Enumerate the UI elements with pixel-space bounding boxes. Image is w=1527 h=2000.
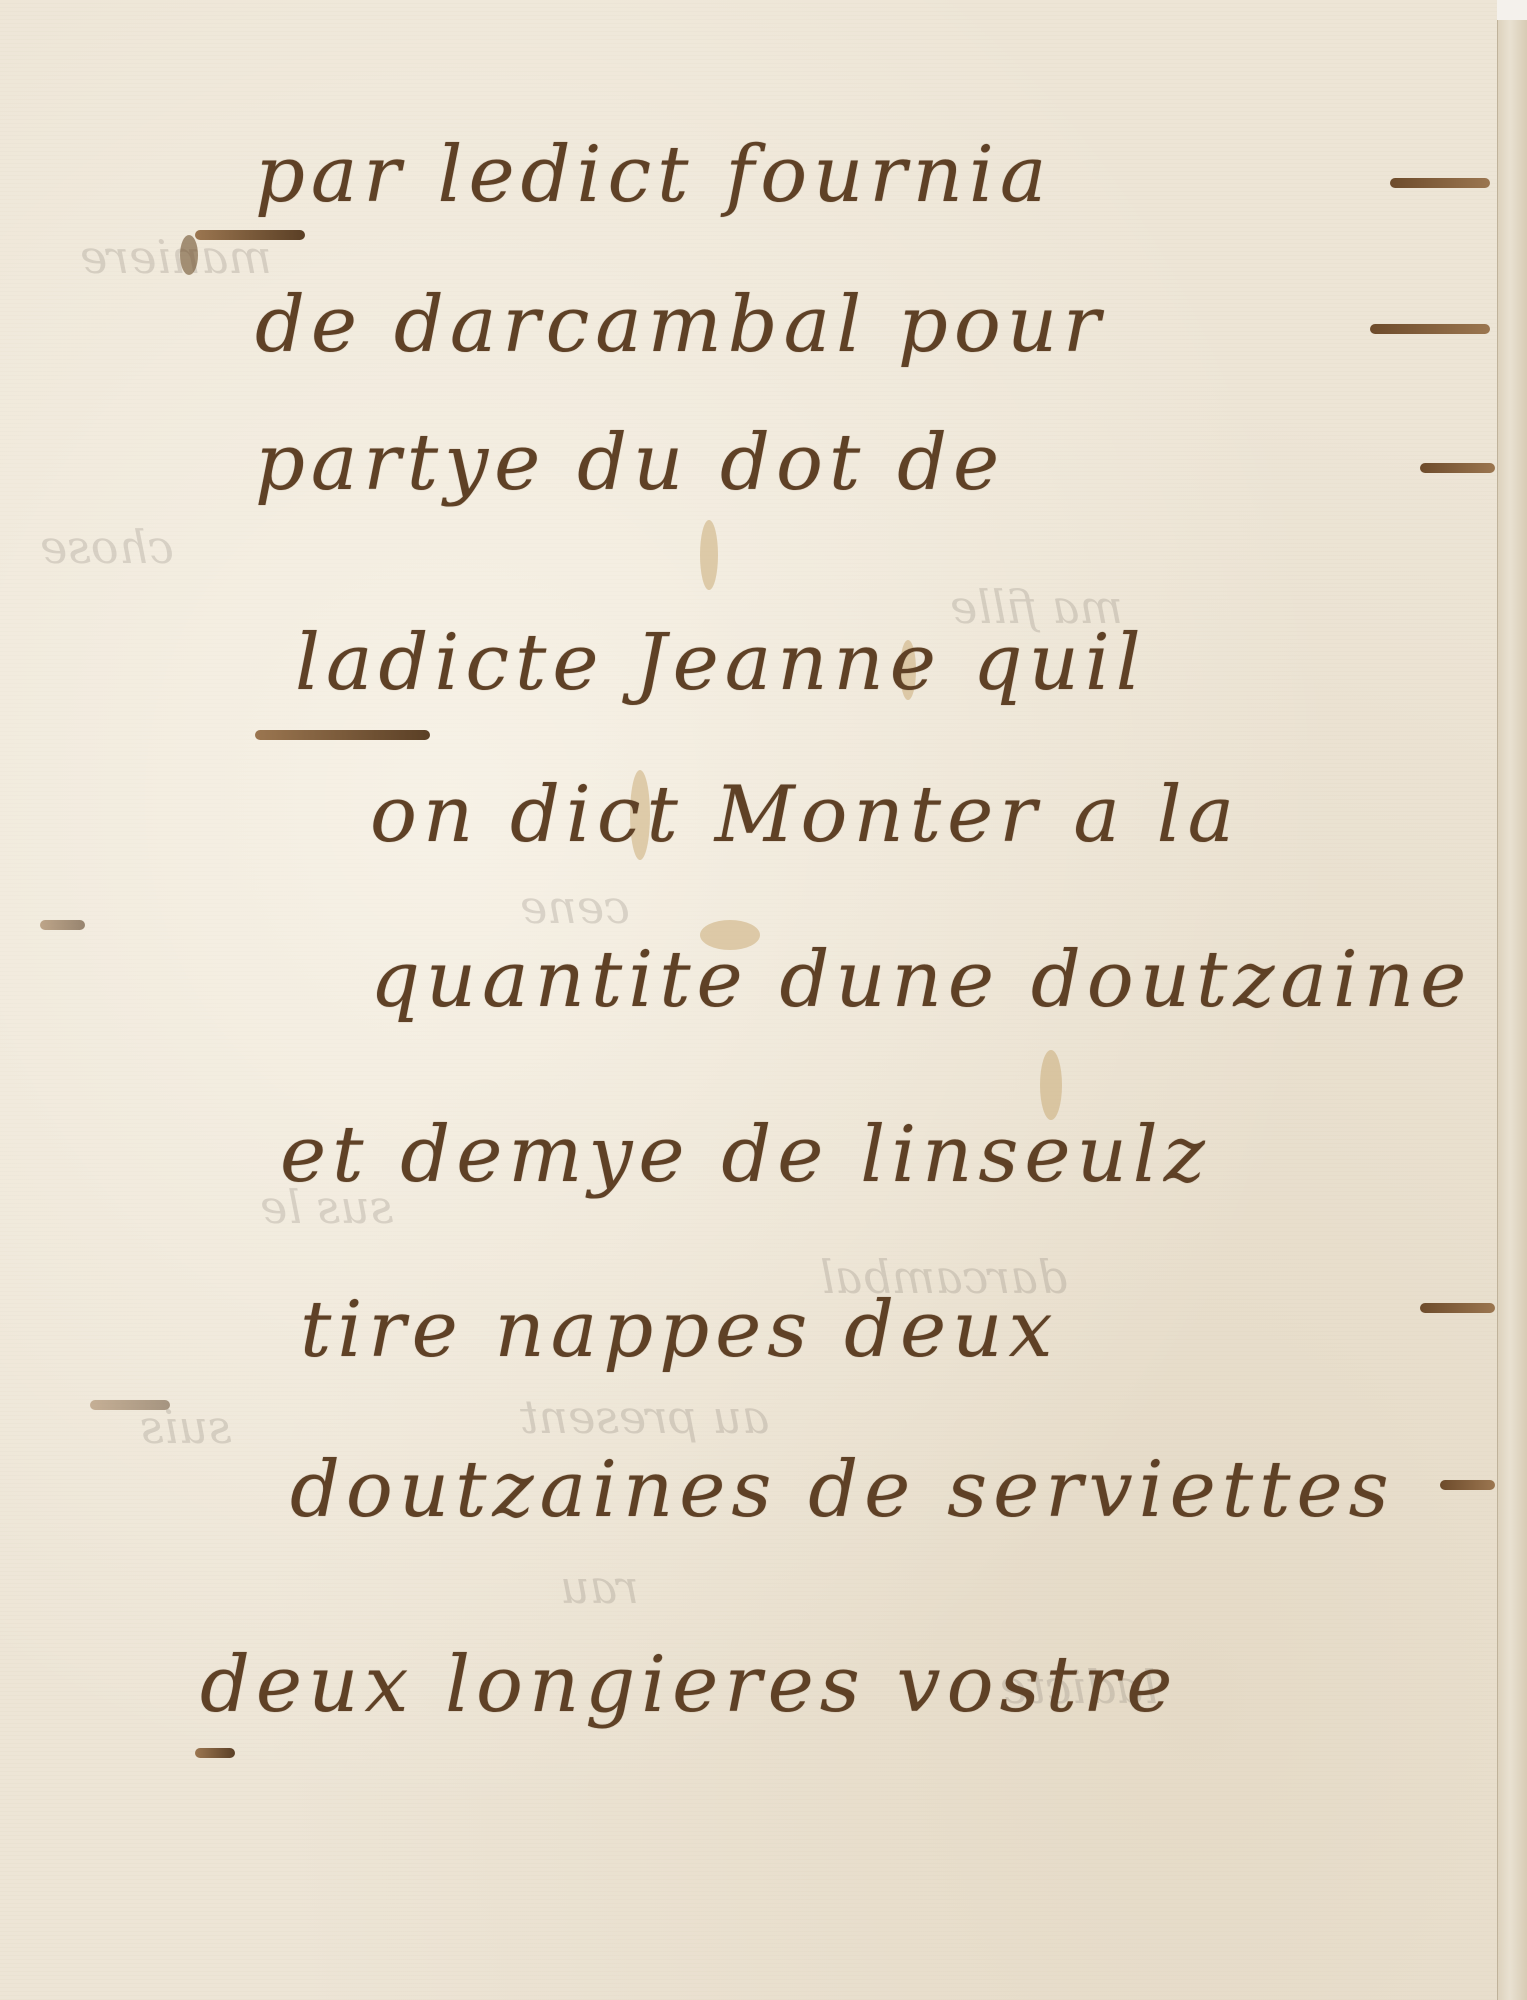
bleed-text: au present [520,1390,769,1444]
bleed-text: rau [560,1560,639,1614]
ink-stain [180,235,198,275]
manuscript-line-10: deux longieres vostre [200,1640,1178,1730]
line-filler-dash [1420,1303,1495,1313]
bleed-text: chose [40,520,174,574]
line-filler-dash [1390,178,1490,188]
manuscript-line-1: par ledict fournia [255,130,1052,220]
manuscript-line-7: et demye de linseulz [280,1110,1211,1200]
manuscript-line-2: de darcambal pour [255,280,1106,370]
manuscript-line-9: doutzaines de serviettes [290,1445,1395,1535]
background-corner [1497,0,1527,20]
line-filler-dash [1440,1480,1495,1490]
bleed-text: cene [520,880,630,934]
line-filler-dash [1420,463,1495,473]
manuscript-line-3: partye du dot de [255,418,1005,508]
line-filler-dash [40,920,85,930]
line-filler-dash [195,230,305,240]
line-filler-dash [1370,324,1490,334]
line-filler-dash [90,1400,170,1410]
manuscript-line-8: tire nappes deux [300,1285,1058,1375]
manuscript-line-6: quantite dune doutzaine [370,935,1472,1025]
page-stack-edge [1497,20,1527,2000]
line-filler-dash [255,730,430,740]
manuscript-page: maniere chose ma fille cene sus le darca… [0,0,1499,2000]
manuscript-line-4: ladicte Jeanne quil [295,618,1147,708]
ink-stain [700,520,718,590]
line-filler-dash [195,1748,235,1758]
manuscript-line-5: on dict Monter a la [370,770,1240,860]
